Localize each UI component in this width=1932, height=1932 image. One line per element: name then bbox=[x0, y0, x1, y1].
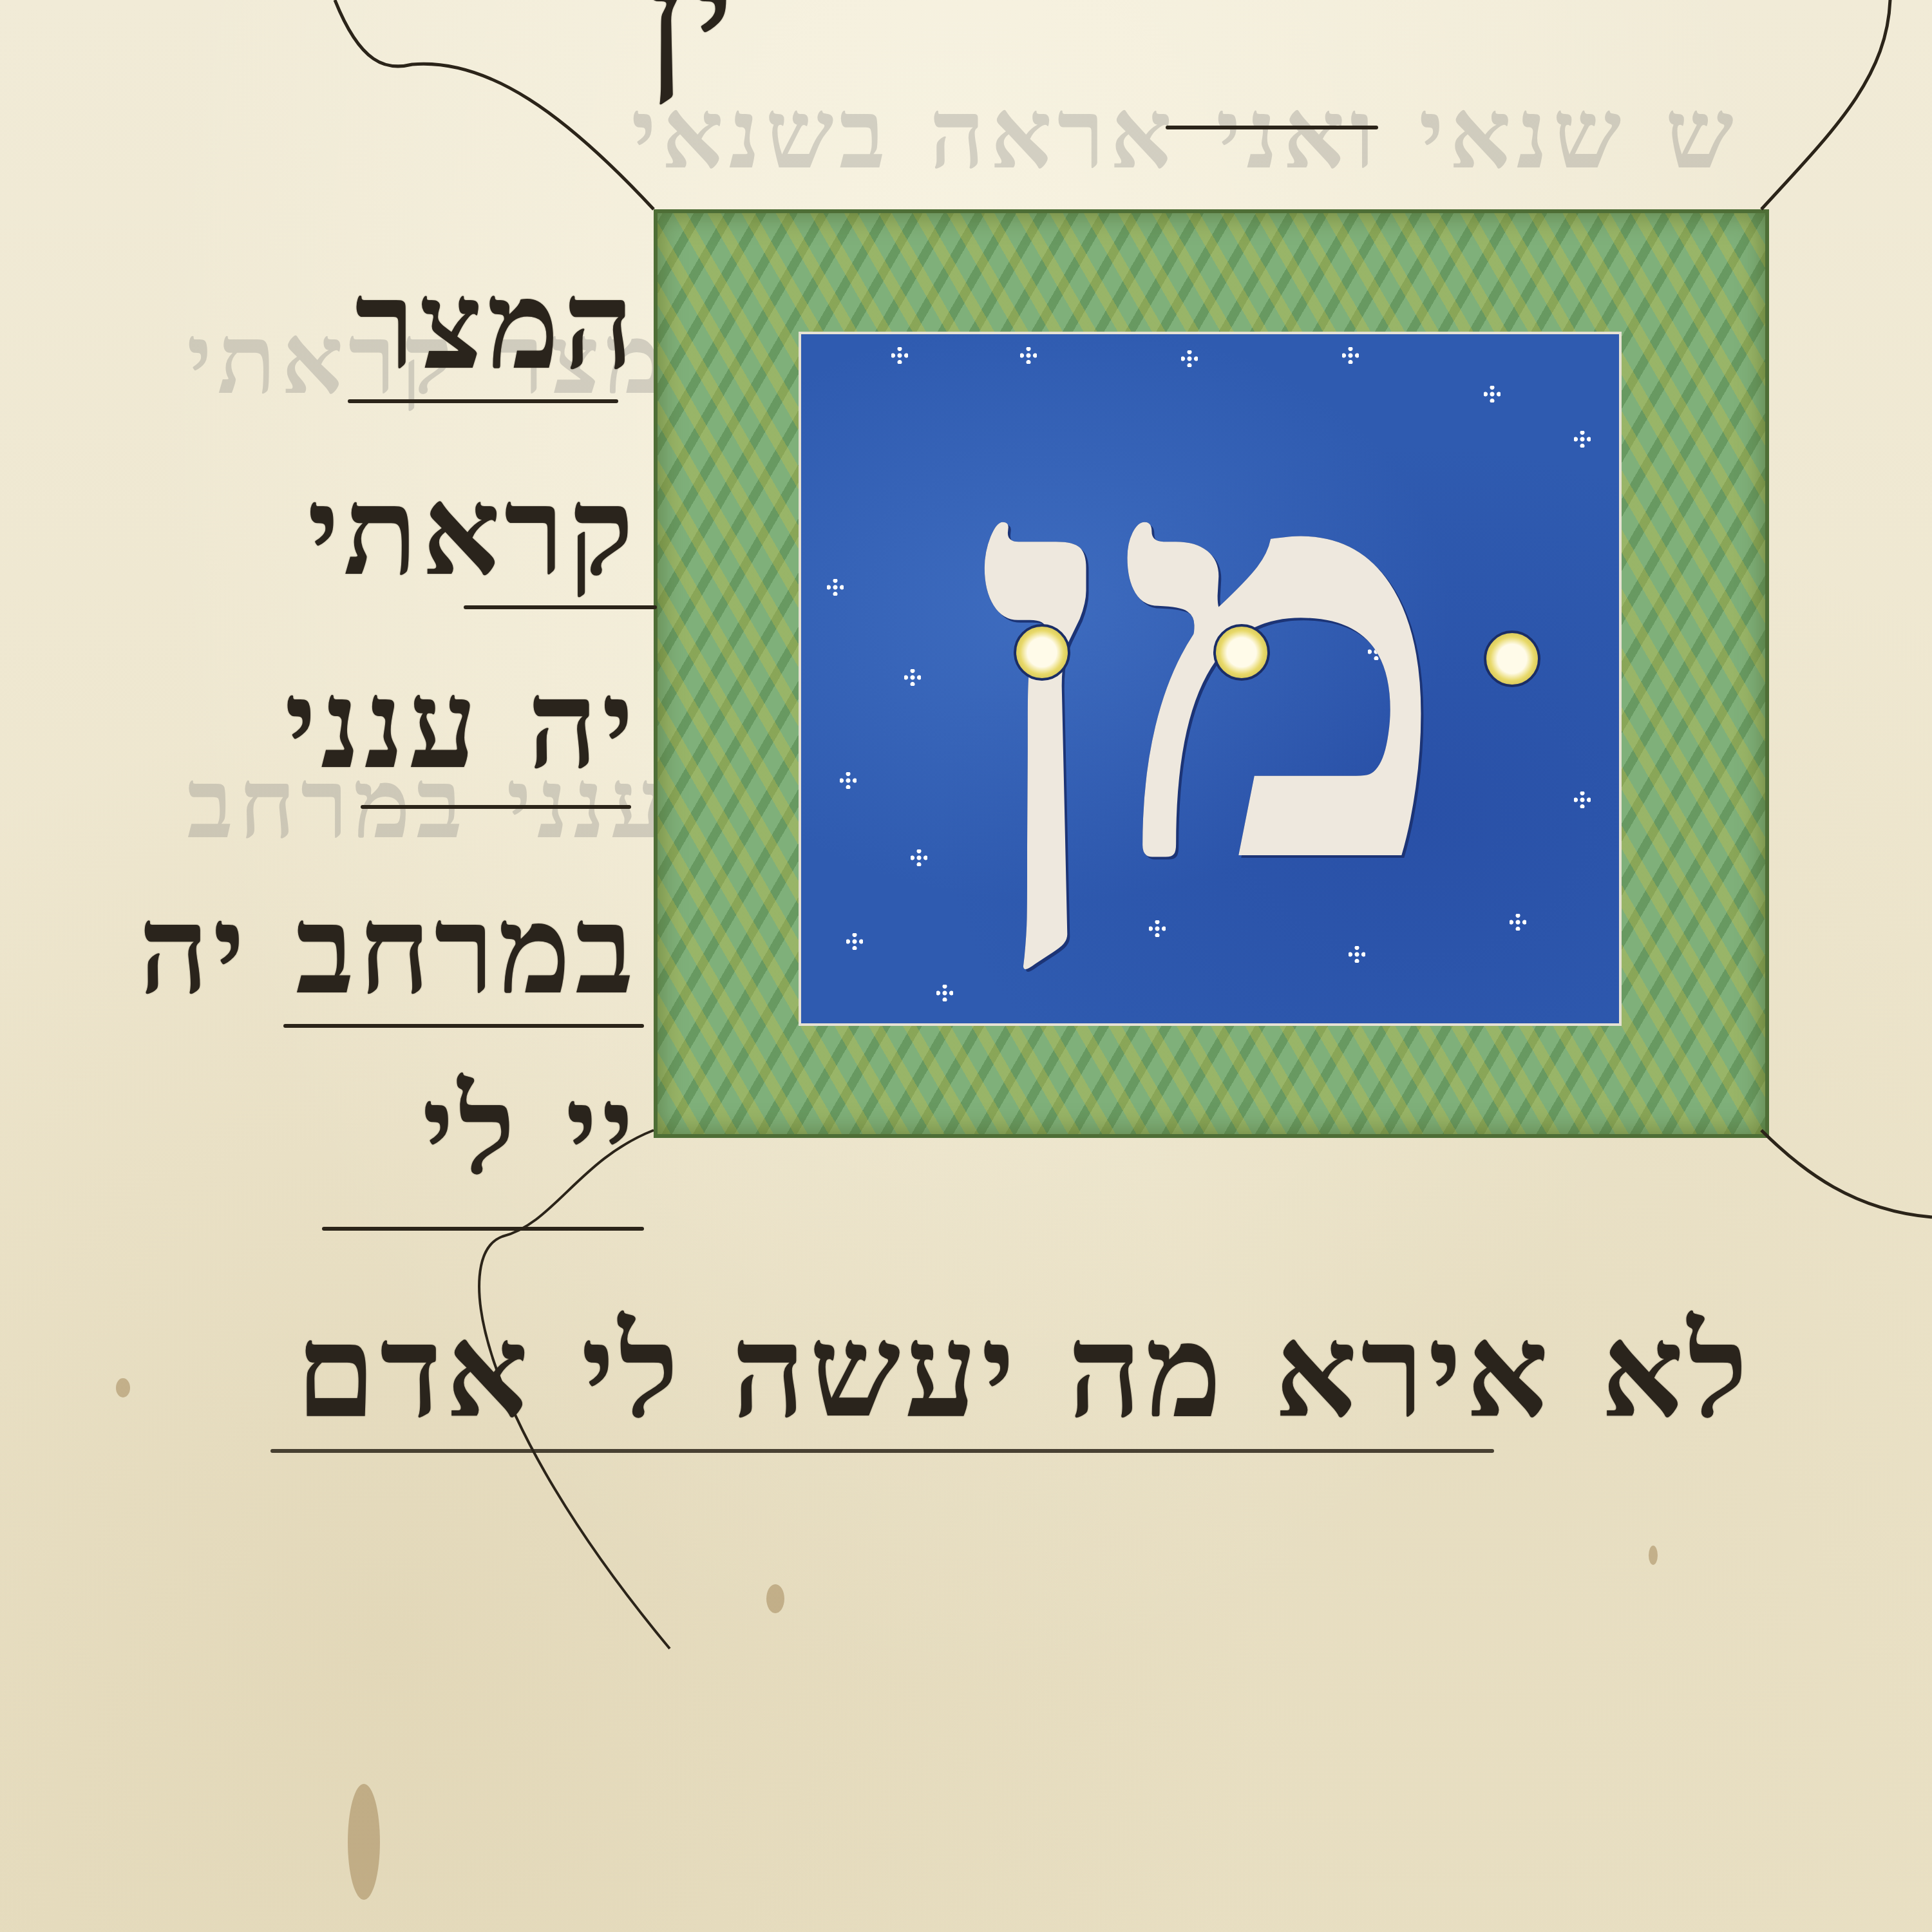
text-line: המצר bbox=[355, 264, 638, 386]
masora-line bbox=[322, 1227, 644, 1231]
text-line: קראתי bbox=[307, 470, 638, 592]
text-line: במרחב יה bbox=[138, 889, 638, 1011]
masora-line bbox=[283, 1024, 644, 1028]
masora-line bbox=[348, 399, 618, 403]
masora-line bbox=[464, 605, 657, 609]
text-line: יי לי bbox=[422, 1069, 638, 1191]
text-line: יה ענני bbox=[285, 663, 638, 786]
masora-line bbox=[361, 805, 631, 809]
masora-line bbox=[270, 1449, 1494, 1453]
text-line-full-width: לא אירא מה יעשה לי אדם bbox=[296, 1307, 1752, 1436]
